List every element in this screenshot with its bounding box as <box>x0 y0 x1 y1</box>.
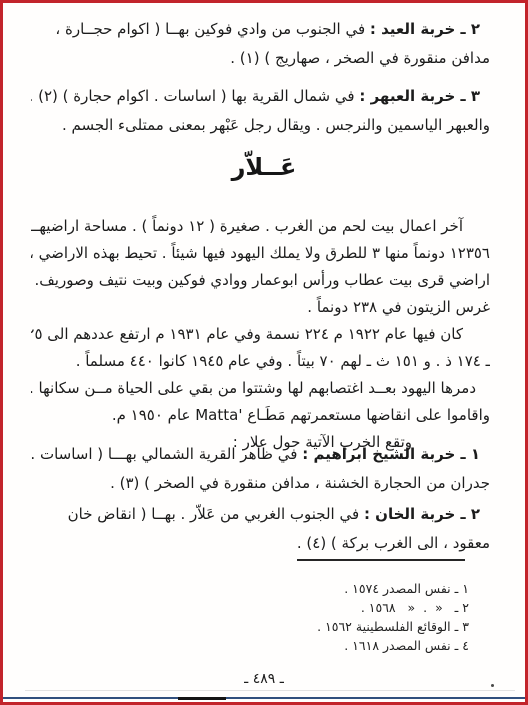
khirbas-top-section: ٢ ـ خربة العيد : في الجنوب من وادي فوكين… <box>31 15 490 140</box>
text-line: ٣ ـ خربة العبهر : في شمال القرية بها ( ا… <box>31 82 490 111</box>
khirba-name: ٣ ـ خربة العبهر : <box>359 87 480 105</box>
khirba-entry: ٢ ـ خربة العيد : في الجنوب من وادي فوكين… <box>31 15 490 73</box>
text-line: دمرها اليهود بعــد اغتصابهم لها وشتتوا م… <box>31 375 490 402</box>
text-line: غرس الزيتون في ٢٣٨ دونماً . <box>31 294 490 321</box>
footnote: ٣ ـ الوقائع الفلسطينية ١٥٦٢ . <box>43 617 469 636</box>
text-line: معقود ، الى الغرب بركة ) (٤) . <box>31 529 490 558</box>
scan-edge-line <box>3 697 525 699</box>
text-line: ١٢٣٥٦ دونماً منها ٣ للطرق ولا يملك اليهو… <box>31 240 490 267</box>
text-line: ١ ـ خربة الشيخ ابراهيم : في ظاهر القرية … <box>31 440 490 469</box>
page-title: عَــلاّر <box>3 153 525 197</box>
khirba-name: ٢ ـ خربة الخان : <box>364 505 480 523</box>
footnote: ١ ـ نفس المصدر ١٥٧٤ . <box>43 579 469 598</box>
footnote-separator <box>297 559 465 561</box>
khirba-entry: ١ ـ خربة الشيخ ابراهيم : في ظاهر القرية … <box>31 440 490 498</box>
intro-paragraph: آخر اعمال بيت لحم من الغرب . صغيرة ( ١٢ … <box>31 213 490 321</box>
khirba-entry: ٢ ـ خربة الخان : في الجنوب الغربي من عَل… <box>31 500 490 558</box>
scan-speck <box>491 684 494 687</box>
footnote: ٢ ـ « . « ١٥٦٨ . <box>43 598 469 617</box>
text-line: والعبهر الياسمين والنرجس . ويقال رجل عَب… <box>31 111 490 140</box>
entry-text: في شمال القرية بها ( اساسات . اكوام حجار… <box>31 87 355 105</box>
entry-text: في الجنوب الغربي من عَلاّر . بهــا ( انق… <box>68 505 360 523</box>
footnote: ٤ ـ نفس المصدر ١٦١٨ . <box>43 636 469 655</box>
page-number: ـ ٤٨٩ ـ <box>3 671 525 687</box>
khirba-entry: ٣ ـ خربة العبهر : في شمال القرية بها ( ا… <box>31 82 490 140</box>
footnotes: ١ ـ نفس المصدر ١٥٧٤ . ٢ ـ « . « ١٥٦٨ . ٣… <box>43 579 469 655</box>
text-line: اراضي قرى بيت عطاب ورأس ابوعمار ووادي فو… <box>31 267 490 294</box>
entry-text: في الجنوب من وادي فوكين بهــا ( اكوام حج… <box>55 20 365 38</box>
scan-edge-mark <box>178 697 226 700</box>
khirba-name: ١ ـ خربة الشيخ ابراهيم : <box>302 445 480 463</box>
text-line: ٢ ـ خربة العيد : في الجنوب من وادي فوكين… <box>31 15 490 44</box>
text-line: ـ ١٧٤ ذ . و ١٥١ ث ـ لهم ٧٠ بيتاً . وفي ع… <box>31 348 490 375</box>
scan-smudge-line <box>25 690 515 691</box>
text-line: مدافن منقورة في الصخر ، صهاريج ) (١) . <box>31 44 490 73</box>
khirba-name: ٢ ـ خربة العيد : <box>370 20 480 38</box>
text-line: ٢ ـ خربة الخان : في الجنوب الغربي من عَل… <box>31 500 490 529</box>
text-line: جدران من الحجارة الخشنة ، مدافن منقورة ف… <box>31 469 490 498</box>
text-line: آخر اعمال بيت لحم من الغرب . صغيرة ( ١٢ … <box>31 213 490 240</box>
entry-text: في ظاهر القرية الشمالي بهـــا ( اساسات . <box>31 445 297 463</box>
scanned-page: ٢ ـ خربة العيد : في الجنوب من وادي فوكين… <box>0 0 528 705</box>
text-line: كان فيها عام ١٩٢٢ م ٢٢٤ نسمة وفي عام ١٩٣… <box>31 321 490 348</box>
population-paragraph: كان فيها عام ١٩٢٢ م ٢٢٤ نسمة وفي عام ١٩٣… <box>31 321 490 456</box>
text-line: واقاموا على انقاضها مستعمرتهم مَطَـاع 'M… <box>31 402 490 429</box>
